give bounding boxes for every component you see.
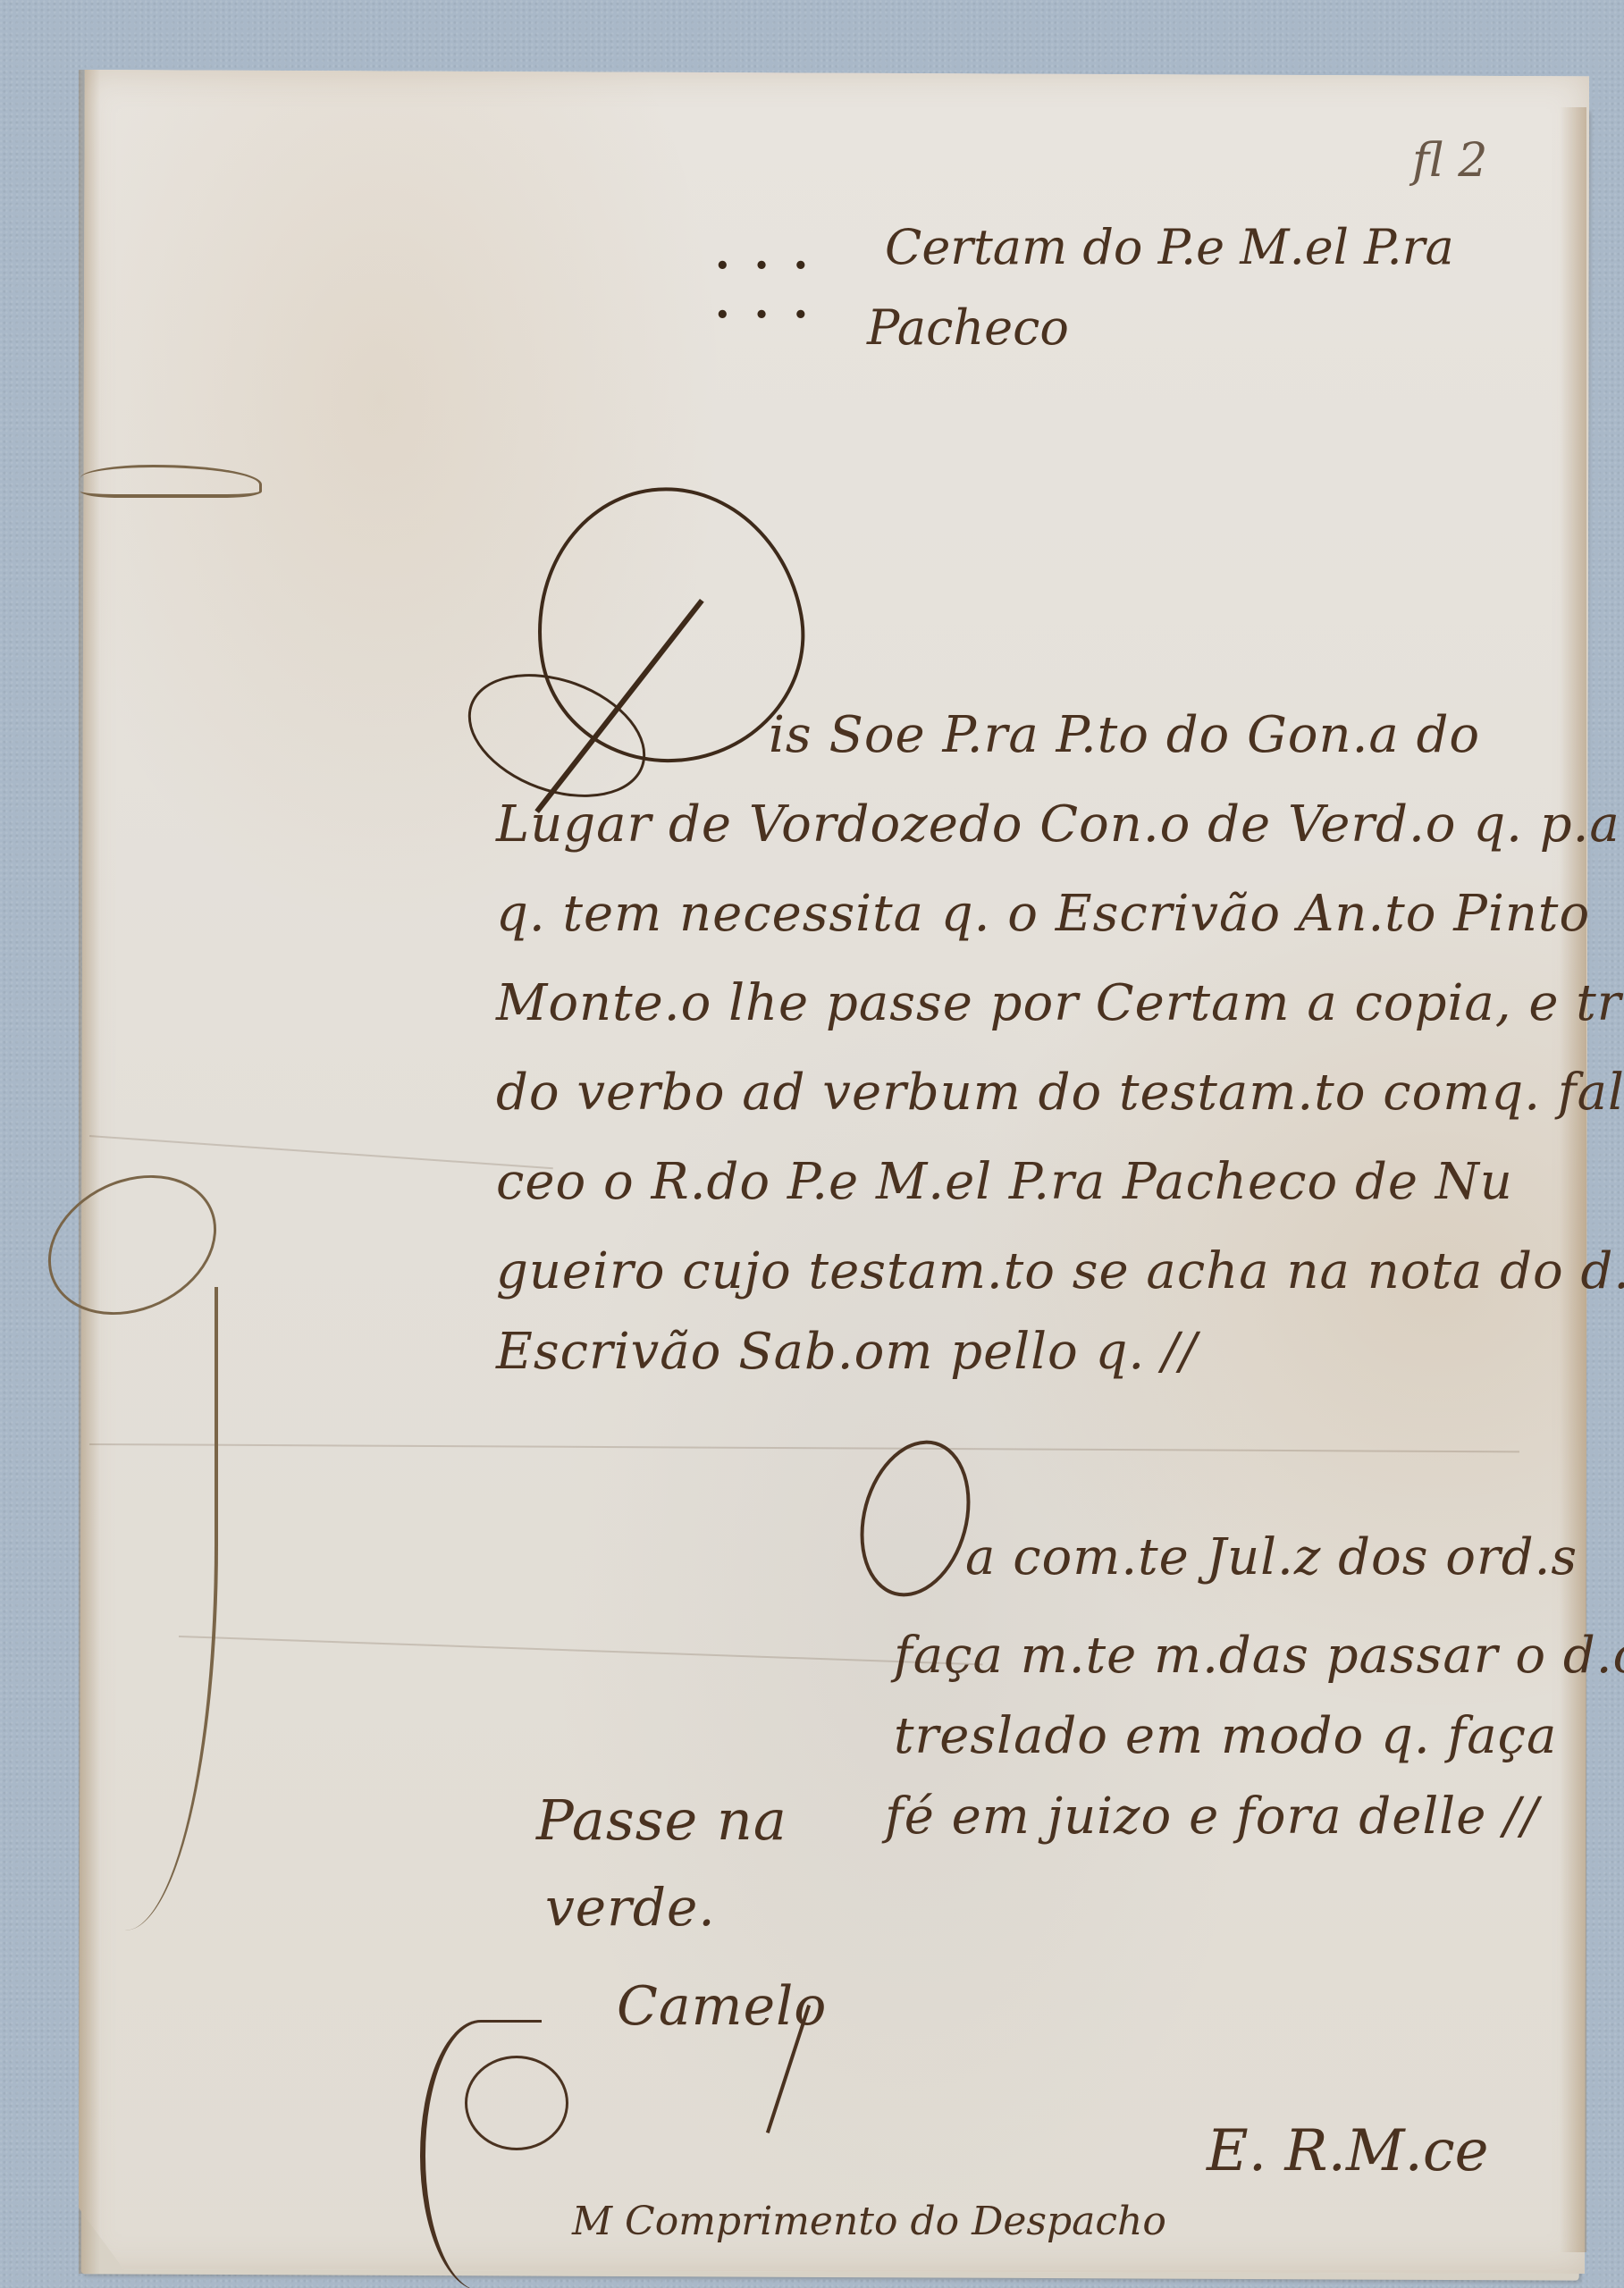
footer-flourish <box>465 2056 568 2150</box>
despacho-line-4: fé em juizo e fora delle // <box>885 1787 1539 1846</box>
petition-line-6: ceo o R.do P.e M.el P.ra Pacheco de Nu <box>496 1153 1513 1211</box>
petition-line-8: Escrivão Sab.om pello q. // <box>496 1323 1198 1381</box>
signature: Camelo <box>617 1975 827 2038</box>
ornamental-dots: • • • <box>715 255 808 278</box>
petition-line-1: is Soe P.ra P.to do Gon.a do <box>769 706 1480 764</box>
petition-line-5: do verbo ad verbum do testam.to comq. fa… <box>496 1064 1624 1122</box>
despacho-line-3: treslado em modo q. faça <box>894 1707 1557 1765</box>
folio-number: fl 2 <box>1412 134 1487 188</box>
petition-line-3: q. tem necessita q. o Escrivão An.to Pin… <box>496 885 1590 943</box>
header-line-2: Pacheco <box>867 299 1069 356</box>
petition-line-7: gueiro cujo testam.to se acha na nota do… <box>496 1242 1624 1300</box>
right-edge-stain <box>1560 107 1586 2252</box>
margin-note-line-2: verde. <box>545 1877 716 1938</box>
footer-text: M Comprimento do Despacho <box>572 2199 1166 2244</box>
petition-line-2: Lugar de Vordozedo Con.o de Verd.o q. p.… <box>496 795 1624 854</box>
footer-right-text: E. R.M.ce <box>1207 2118 1489 2184</box>
header-line-1: Certam do P.e M.el P.ra <box>885 219 1454 275</box>
margin-note-line-1: Passe na <box>536 1787 787 1853</box>
binding-edge-stain <box>79 70 100 2274</box>
despacho-line-1: a com.te Jul.z dos ord.s <box>965 1528 1578 1586</box>
despacho-line-2: faça m.te m.das passar o d.o <box>894 1627 1624 1685</box>
ornamental-dots: • • • <box>715 304 808 327</box>
petition-line-4: Monte.o lhe passe por Certam a copia, e … <box>496 974 1624 1032</box>
